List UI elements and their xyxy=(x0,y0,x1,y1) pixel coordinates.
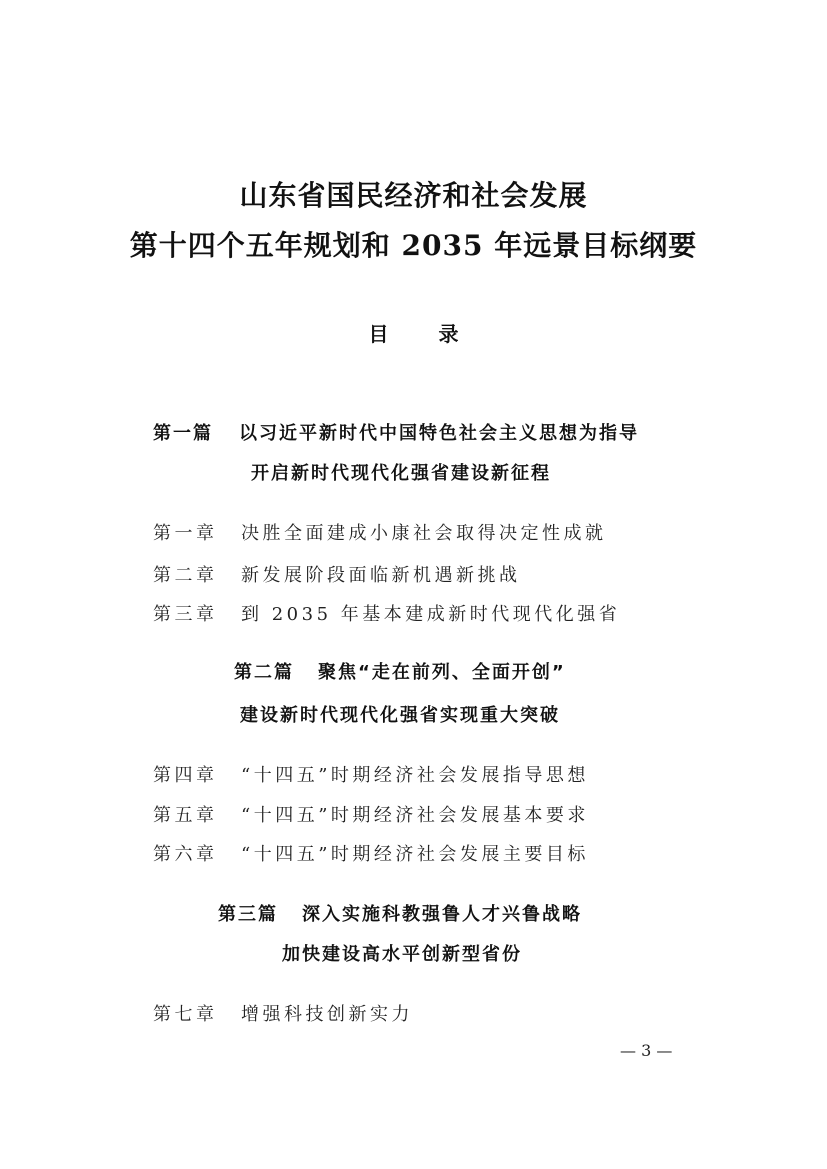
toc-part-1-subtitle[interactable]: 开启新时代现代化强省建设新征程 xyxy=(251,459,551,485)
toc-heading-char2: 录 xyxy=(439,322,459,346)
toc-chapter-3[interactable]: 第三章到 2035 年基本建成新时代现代化强省 xyxy=(153,600,620,626)
chapter-number: 第三章 xyxy=(153,600,241,626)
chapter-title: 增强科技创新实力 xyxy=(241,1004,413,1025)
toc-chapter-4[interactable]: 第四章“十四五”时期经济社会发展指导思想 xyxy=(153,761,589,787)
part-title: 聚焦“走在前列、全面开创” xyxy=(318,662,566,683)
toc-chapter-6[interactable]: 第六章“十四五”时期经济社会发展主要目标 xyxy=(153,840,589,866)
chapter-number: 第四章 xyxy=(153,761,241,787)
part-label: 第一篇 xyxy=(153,423,213,444)
toc-part-1[interactable]: 第一篇以习近平新时代中国特色社会主义思想为指导 xyxy=(153,419,639,445)
chapter-number: 第七章 xyxy=(153,1000,241,1026)
toc-part-3-subtitle[interactable]: 加快建设高水平创新型省份 xyxy=(282,940,522,966)
part-title: 深入实施科教强鲁人才兴鲁战略 xyxy=(302,904,582,925)
chapter-title: “十四五”时期经济社会发展指导思想 xyxy=(241,765,589,786)
toc-chapter-1[interactable]: 第一章决胜全面建成小康社会取得决定性成就 xyxy=(153,519,607,545)
chapter-title: 新发展阶段面临新机遇新挑战 xyxy=(241,565,521,586)
chapter-number: 第一章 xyxy=(153,519,241,545)
part-title: 以习近平新时代中国特色社会主义思想为指导 xyxy=(239,423,639,444)
chapter-title: 决胜全面建成小康社会取得决定性成就 xyxy=(241,523,607,544)
part-label: 第二篇 xyxy=(234,662,294,683)
chapter-number: 第二章 xyxy=(153,561,241,587)
chapter-number: 第六章 xyxy=(153,840,241,866)
toc-part-2[interactable]: 第二篇聚焦“走在前列、全面开创” xyxy=(234,658,566,684)
chapter-title: “十四五”时期经济社会发展主要目标 xyxy=(241,844,589,865)
chapter-title: 到 2035 年基本建成新时代现代化强省 xyxy=(241,604,620,625)
part-label: 第三篇 xyxy=(218,904,278,925)
toc-chapter-2[interactable]: 第二章新发展阶段面临新机遇新挑战 xyxy=(153,561,521,587)
document-title-line2: 第十四个五年规划和 2035 年远景目标纲要 xyxy=(0,224,827,264)
toc-part-2-subtitle[interactable]: 建设新时代现代化强省实现重大突破 xyxy=(240,701,560,727)
chapter-number: 第五章 xyxy=(153,801,241,827)
toc-part-3[interactable]: 第三篇深入实施科教强鲁人才兴鲁战略 xyxy=(218,900,582,926)
toc-chapter-7[interactable]: 第七章增强科技创新实力 xyxy=(153,1000,413,1026)
toc-heading-char1: 目 xyxy=(369,322,389,346)
document-title-line1: 山东省国民经济和社会发展 xyxy=(0,174,827,214)
toc-heading: 目录 xyxy=(0,318,827,347)
page-number: — 3 — xyxy=(620,1041,672,1060)
chapter-title: “十四五”时期经济社会发展基本要求 xyxy=(241,805,589,826)
toc-chapter-5[interactable]: 第五章“十四五”时期经济社会发展基本要求 xyxy=(153,801,589,827)
